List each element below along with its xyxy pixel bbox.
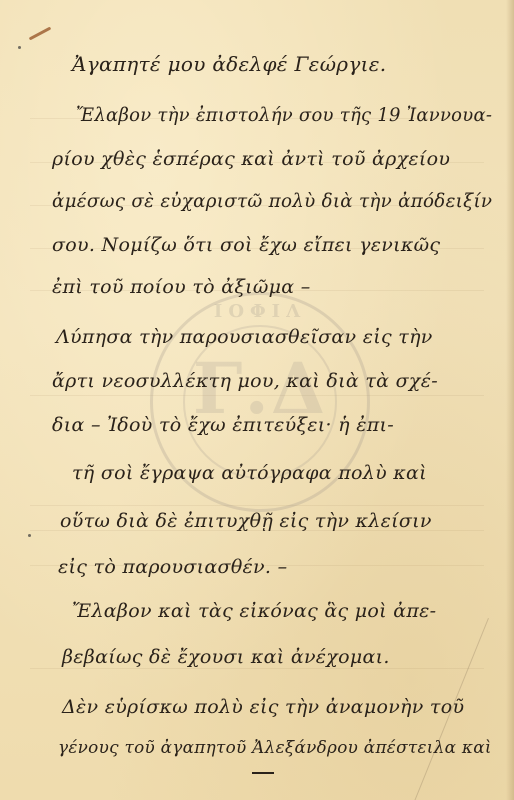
page-edge xyxy=(506,0,514,800)
letter-line: οὕτω διὰ δὲ ἐπιτυχθῇ εἰς τὴν κλείσιν xyxy=(60,510,432,532)
letter-line: δια – Ἰδοὺ τὸ ἔχω ἐπιτεύξει· ἡ ἐπι- xyxy=(52,414,394,436)
salutation: Ἀγαπητέ μου ἀδελφέ Γεώργιε. xyxy=(72,52,386,76)
closing-dash xyxy=(252,772,274,774)
ink-dot xyxy=(18,46,21,49)
ink-dot xyxy=(28,534,31,537)
letter-line: Ἔλαβον τὴν ἐπιστολήν σου τῆς 19 Ἰαννουα- xyxy=(76,104,492,126)
letter-line: τῆ σοὶ ἔγραψα αὐτόγραφα πολὺ καὶ xyxy=(72,462,427,484)
letter-line: ρίου χθὲς ἑσπέρας καὶ ἀντὶ τοῦ ἀρχείου xyxy=(52,148,450,170)
stamp-rim-text: ΙΟΦΙΛ xyxy=(153,301,367,322)
letter-line: εἰς τὸ παρουσιασθέν. – xyxy=(58,556,287,578)
ink-smudge xyxy=(29,27,52,41)
bleed-line xyxy=(30,668,484,669)
letter-line: γένους τοῦ ἀγαπητοῦ Ἀλεξάνδρου ἀπέστειλα… xyxy=(58,738,492,758)
letter-line: ἀμέσως σὲ εὐχαριστῶ πολὺ διὰ τὴν ἀπόδειξ… xyxy=(52,190,492,212)
letter-line: βεβαίως δὲ ἔχουσι καὶ ἀνέχομαι. xyxy=(62,646,390,668)
letter-line: σου. Νομίζω ὅτι σοὶ ἔχω εἴπει γενικῶς xyxy=(52,234,440,256)
letter-line: Ἔλαβον καὶ τὰς εἰκόνας ἃς μοὶ ἀπε- xyxy=(72,600,436,622)
letter-line: Δὲν εὑρίσκω πολὺ εἰς τὴν ἀναμονὴν τοῦ xyxy=(62,696,464,718)
letter-line: Λύπησα τὴν παρουσιασθεῖσαν εἰς τὴν xyxy=(56,326,433,348)
letter-line: ἐπὶ τοῦ ποίου τὸ ἀξιῶμα – xyxy=(52,276,311,298)
letter-page: ΙΟΦΙΛ Γ.Δ Ἀγαπητέ μου ἀδελφέ Γεώργιε. Ἔλ… xyxy=(0,0,514,800)
letter-line: ἄρτι νεοσυλλέκτη μου, καὶ διὰ τὰ σχέ- xyxy=(52,370,438,392)
